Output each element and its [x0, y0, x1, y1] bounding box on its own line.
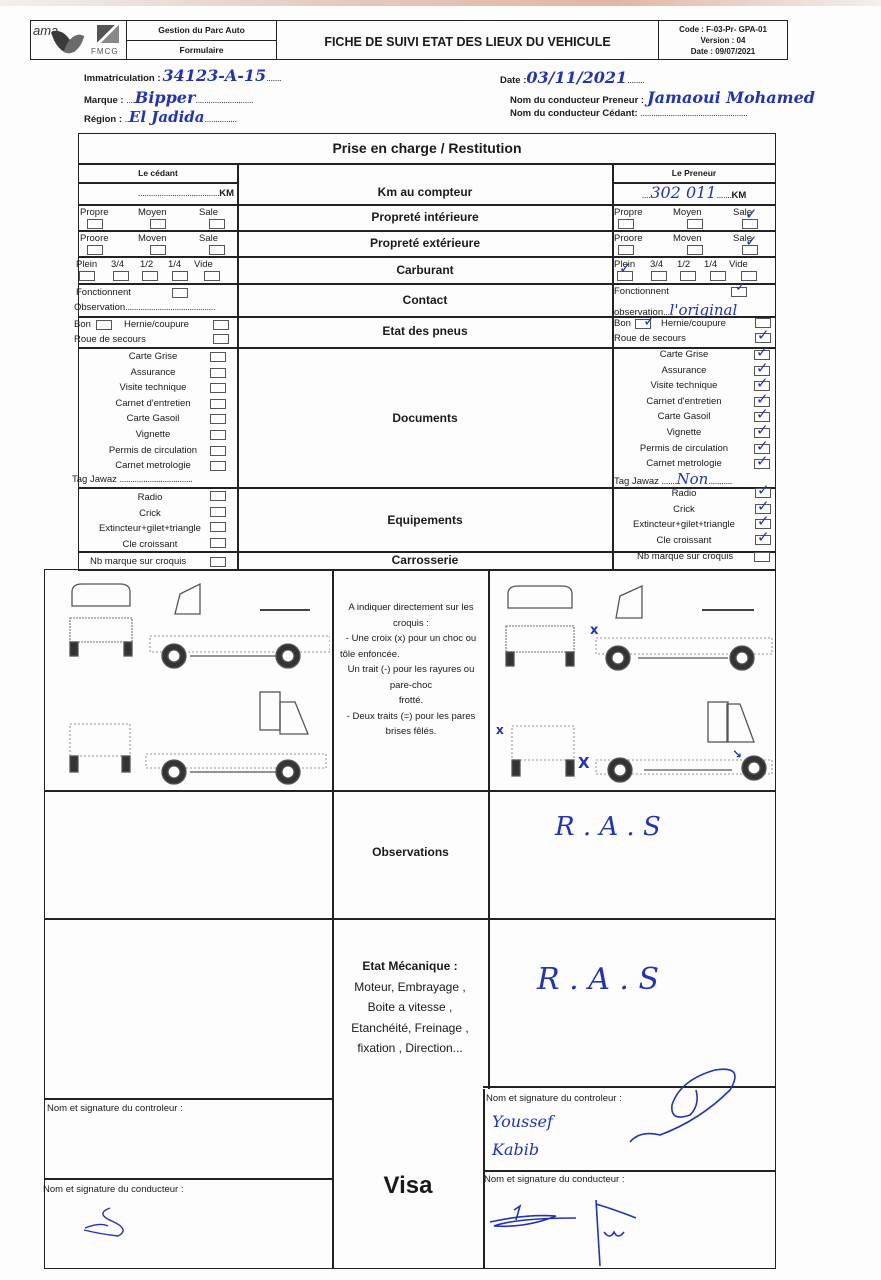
cedant-controleur-label: Nom et signature du controleur :	[47, 1103, 183, 1114]
cedant-doc-checkbox-4[interactable]	[210, 414, 226, 424]
preneur-observation-field[interactable]: observation...l'original	[614, 301, 737, 319]
proprete-exterieure-label: Propreté extérieure	[238, 236, 612, 250]
mecanique-value[interactable]: R . A . S	[537, 962, 659, 997]
preneur-ext-moyen-checkbox[interactable]	[687, 245, 703, 255]
doc-item: Vignette	[614, 425, 754, 441]
carrosserie-label: Carrosserie	[238, 553, 612, 567]
preneur-observation-value: l'original	[670, 301, 738, 319]
preneur-conducteur-signature[interactable]	[486, 1192, 646, 1272]
cedant-equip-checkbox-2[interactable]	[210, 522, 226, 532]
vehicle-sketch-left	[50, 574, 330, 788]
mecanique-detail: Boite a vitesse ,	[334, 997, 486, 1018]
bon-label: Bon	[74, 319, 91, 330]
damage-marks: x x X ↘	[496, 623, 742, 772]
cedant-doc-checkbox-1[interactable]	[210, 368, 226, 378]
instruction-line: croquis :	[336, 616, 486, 632]
checkmark-icon: ✓	[745, 207, 758, 222]
region-field[interactable]: Région : ..El Jadida...............	[84, 108, 237, 126]
scan-edge	[0, 0, 881, 6]
cedant-fuel-34-checkbox[interactable]	[113, 271, 129, 281]
opt-propre: Propre	[80, 207, 109, 218]
opt-plein: Plein	[76, 259, 97, 270]
equip-item: Crick	[80, 506, 220, 522]
opt-1-4: 1/4	[168, 259, 181, 270]
bon-label: Bon	[614, 318, 631, 329]
carrosserie-instructions: A indiquer directement sur les croquis :…	[336, 600, 486, 740]
doc-reference: Code : F-03-Pr- GPA-01 Version : 04 Date…	[659, 21, 787, 59]
mecanique-block: Etat Mécanique : Moteur, Embrayage , Boi…	[334, 956, 486, 1059]
doc-item: Permis de circulation	[614, 441, 754, 457]
opt-propre: Propre	[614, 207, 643, 218]
fonctionnent-label: Fonctionnent	[76, 287, 131, 298]
vehicle-sketch-right[interactable]: x x X ↘	[492, 574, 774, 788]
region-label: Région :	[84, 114, 122, 125]
cedant-nb-marque-checkbox[interactable]	[210, 557, 226, 567]
equip-item: Cle croissant	[614, 533, 754, 549]
proprete-interieure-label: Propreté intérieure	[238, 210, 612, 224]
instruction-line: - Une croix (x) pour un choc ou	[336, 631, 486, 647]
opt-1-4: 1/4	[704, 259, 717, 270]
cedant-roue-checkbox[interactable]	[213, 334, 229, 344]
preneur-value: Jamaoui Mohamed	[647, 88, 815, 107]
documents-label: Documents	[238, 411, 612, 425]
equip-item: Cle croissant	[80, 537, 220, 553]
checkmark-icon: ✓	[745, 234, 758, 249]
hernie-label: Hernie/coupure	[124, 319, 189, 330]
hernie-label: Hernie/coupure	[661, 318, 726, 329]
instruction-line: brises fêlés.	[336, 724, 486, 740]
instruction-line: A indiquer directement sur les	[336, 600, 486, 616]
doc-item: Visite technique	[80, 380, 226, 396]
cedant-tag-jawaz-field[interactable]: Tag Jawaz ..............................…	[72, 474, 192, 485]
cedant-observation-field[interactable]: Observation.............................…	[74, 302, 215, 313]
cedant-int-moyen-checkbox[interactable]	[150, 219, 166, 229]
equip-item: Radio	[614, 486, 754, 502]
preneur-km-value: 302 011	[650, 183, 716, 202]
region-value: El Jadida	[129, 108, 205, 126]
cedant-ext-sale-checkbox[interactable]	[209, 245, 225, 255]
cedant-label: Nom du conducteur Cédant:	[510, 108, 638, 119]
doc-date: Date : 09/07/2021	[659, 46, 787, 57]
observations-value[interactable]: R . A . S	[555, 812, 661, 842]
checkmark-icon: ✓	[756, 376, 769, 391]
opt-moyen: Moyen	[673, 207, 702, 218]
cedant-pneus-bon-checkbox[interactable]	[96, 320, 112, 330]
preneur-label: Nom du conducteur Preneur :	[510, 95, 644, 106]
km-unit: KM	[731, 190, 746, 201]
equip-item: Crick	[614, 502, 754, 518]
section-title: Prise en charge / Restitution	[78, 140, 776, 156]
instruction-line: - Deux traits (=) pour les pares	[336, 709, 486, 725]
doc-item: Assurance	[80, 365, 226, 381]
checkmark-icon: ✓	[757, 514, 770, 529]
opt-sale: Sale	[199, 233, 218, 244]
pneus-label: Etat des pneus	[238, 324, 612, 338]
preneur-nb-marque-checkbox[interactable]	[754, 552, 770, 562]
preneur-conducteur-label: Nom et signature du conducteur :	[484, 1174, 624, 1185]
doc-item: Assurance	[614, 363, 754, 379]
fmcg-logo-icon	[97, 25, 119, 43]
opt-vide: Vide	[194, 259, 213, 270]
date-label: Date :	[500, 75, 526, 86]
cedant-conducteur-signature[interactable]	[80, 1200, 140, 1240]
doc-item: Visite technique	[614, 378, 754, 394]
cedant-int-propre-checkbox[interactable]	[87, 219, 103, 229]
roue-secours-label: Roue de secours	[614, 333, 686, 344]
preneur-fuel-34-checkbox[interactable]	[651, 271, 667, 281]
preneur-fuel-12-checkbox[interactable]	[680, 271, 696, 281]
opt-3-4: 3/4	[111, 259, 124, 270]
preneur-int-propre-checkbox[interactable]	[618, 219, 634, 229]
instruction-line: pare-choc	[336, 678, 486, 694]
page-title: FICHE DE SUIVI ETAT DES LIEUX DU VEHICUL…	[277, 21, 659, 59]
preneur-km-field[interactable]: ....302 011.......KM	[614, 183, 774, 202]
instruction-line: Un trait (-) pour les rayures ou	[336, 662, 486, 678]
checkmark-icon: ✓	[757, 530, 770, 545]
observation-label: Observation	[74, 302, 125, 313]
preneur-ext-propre-checkbox[interactable]	[618, 245, 634, 255]
cedant-km-field[interactable]: ......................................KM	[82, 188, 234, 199]
nb-marque-label: Nb marque sur croquis	[637, 551, 733, 562]
opt-propre: Proore	[614, 233, 643, 244]
checkmark-icon: ✓	[757, 328, 770, 343]
damage-cross-icon: x	[590, 623, 599, 638]
preneur-column-header: Le Preneur	[612, 168, 776, 178]
cedant-ext-moyen-checkbox[interactable]	[150, 245, 166, 255]
instruction-line: tôle enfoncée.	[336, 647, 486, 663]
opt-1-2: 1/2	[140, 259, 153, 270]
equip-item: Extincteur+gilet+triangle	[80, 521, 220, 537]
opt-sale: Sale	[199, 207, 218, 218]
observation-label: observation	[614, 307, 663, 318]
km-label: Km au compteur	[238, 185, 612, 199]
mecanique-detail: fixation , Direction...	[334, 1038, 486, 1059]
preneur-int-moyen-checkbox[interactable]	[687, 219, 703, 229]
doc-item: Carte Gasoil	[614, 409, 754, 425]
doc-version: Version : 04	[659, 35, 787, 46]
instruction-line: frotté.	[336, 693, 486, 709]
cedant-equip-checkbox-0[interactable]	[210, 491, 226, 501]
contact-label: Contact	[238, 293, 612, 307]
equipements-label: Equipements	[238, 513, 612, 527]
observations-label: Observations	[333, 845, 488, 859]
checkmark-icon: ✓	[757, 483, 770, 498]
marque-field[interactable]: Marque : ....Bipper.....................…	[84, 88, 253, 107]
visa-label: Visa	[333, 1172, 483, 1200]
checkmark-icon: ✓	[619, 261, 632, 276]
damage-cross-icon: ↘	[732, 747, 742, 761]
opt-moyen: Moven	[138, 233, 167, 244]
immatriculation-label: Immatriculation :	[84, 73, 161, 84]
doc-item: Carnet metrologie	[80, 458, 226, 474]
carburant-label: Carburant	[238, 263, 612, 277]
cedant-ext-propre-checkbox[interactable]	[87, 245, 103, 255]
checkmark-icon: ✓	[735, 281, 746, 294]
opt-3-4: 3/4	[650, 259, 663, 270]
cedant-doc-checkbox-7[interactable]	[210, 461, 226, 471]
cedant-contact-checkbox[interactable]	[172, 288, 188, 298]
form-header: ama FMCG Gestion du Parc Auto Formulaire…	[30, 20, 788, 60]
doc-item: Carnet d'entretien	[614, 394, 754, 410]
damage-cross-icon: X	[578, 754, 590, 772]
mecanique-detail: Moteur, Embrayage ,	[334, 977, 486, 998]
checkmark-icon: ✓	[756, 454, 769, 469]
cedant-doc-checkbox-2[interactable]	[210, 383, 226, 393]
preneur-controleur-label: Nom et signature du controleur :	[486, 1093, 622, 1104]
tag-jawaz-label: Tag Jawaz	[72, 474, 117, 485]
nb-marque-label: Nb marque sur croquis	[90, 556, 186, 567]
cedant-doc-checkbox-3[interactable]	[210, 399, 226, 409]
opt-moyen: Moven	[673, 233, 702, 244]
checkmark-icon: ✓	[756, 423, 769, 438]
immatriculation-field[interactable]: Immatriculation :34123-A-15.......	[84, 66, 281, 85]
doc-item: Carte Grise	[80, 349, 226, 365]
preneur-controleur-name[interactable]: Youssef Kabib	[492, 1108, 592, 1164]
opt-1-2: 1/2	[677, 259, 690, 270]
cedant-doc-checkbox-6[interactable]	[210, 446, 226, 456]
equip-item: Extincteur+gilet+triangle	[614, 517, 754, 533]
marque-value: Bipper	[135, 88, 196, 107]
cedant-field[interactable]: Nom du conducteur Cédant: ..............…	[510, 108, 747, 119]
cedant-equip-checkbox-1[interactable]	[210, 507, 226, 517]
marque-label: Marque :	[84, 95, 124, 106]
preneur-field[interactable]: Nom du conducteur Preneur :Jamaoui Moham…	[510, 88, 815, 107]
doc-item: Carnet d'entretien	[80, 396, 226, 412]
cedant-column-header: Le cédant	[78, 168, 238, 178]
doc-item: Carte Grise	[614, 347, 754, 363]
mecanique-label: Etat Mécanique :	[334, 956, 486, 977]
doc-item: Vignette	[80, 427, 226, 443]
doc-item: Carte Gasoil	[80, 411, 226, 427]
equip-item: Radio	[80, 490, 220, 506]
preneur-controleur-signature[interactable]	[620, 1060, 750, 1150]
opt-propre: Proore	[80, 233, 109, 244]
preneur-equipements-list: Radio Crick Extincteur+gilet+triangle Cl…	[614, 486, 754, 548]
immatriculation-value: 34123-A-15	[163, 66, 267, 85]
cedant-int-sale-checkbox[interactable]	[209, 219, 225, 229]
checkmark-icon: ✓	[643, 314, 656, 329]
cedant-equipements-list: Radio Crick Extincteur+gilet+triangle Cl…	[80, 490, 220, 552]
date-value: 03/11/2021	[526, 68, 627, 87]
cedant-fuel-14-checkbox[interactable]	[172, 271, 188, 281]
mecanique-detail: Etanchéité, Freinage ,	[334, 1018, 486, 1039]
cedant-fuel-vide-checkbox[interactable]	[204, 271, 220, 281]
km-unit: KM	[219, 188, 234, 199]
checkmark-icon: ✓	[756, 345, 769, 360]
doc-item: Permis de circulation	[80, 443, 226, 459]
opt-moyen: Moyen	[138, 207, 167, 218]
preneur-fuel-14-checkbox[interactable]	[710, 271, 726, 281]
preneur-documents-list: Carte Grise Assurance Visite technique C…	[614, 347, 754, 472]
roue-secours-label: Roue de secours	[74, 334, 146, 345]
date-field[interactable]: Date :03/11/2021........	[500, 68, 644, 87]
damage-cross-icon: x	[496, 723, 504, 737]
cedant-doc-checkbox-5[interactable]	[210, 430, 226, 440]
cedant-documents-list: Carte Grise Assurance Visite technique C…	[80, 349, 226, 474]
cedant-pneus-hernie-checkbox[interactable]	[213, 320, 229, 330]
doc-code: Code : F-03-Pr- GPA-01	[659, 24, 787, 35]
doc-type-label: Formulaire	[127, 41, 276, 60]
cedant-equip-checkbox-3[interactable]	[210, 538, 226, 548]
cedant-fuel-12-checkbox[interactable]	[142, 271, 158, 281]
cedant-doc-checkbox-0[interactable]	[210, 352, 226, 362]
fonctionnent-label: Fonctionnent	[614, 286, 669, 297]
department-label: Gestion du Parc Auto	[127, 21, 276, 41]
cedant-fuel-plein-checkbox[interactable]	[79, 271, 95, 281]
company-logo: ama FMCG	[31, 21, 127, 59]
opt-vide: Vide	[729, 259, 748, 270]
cedant-conducteur-label: Nom et signature du conducteur :	[43, 1184, 183, 1195]
logo-subtext: FMCG	[91, 47, 119, 56]
